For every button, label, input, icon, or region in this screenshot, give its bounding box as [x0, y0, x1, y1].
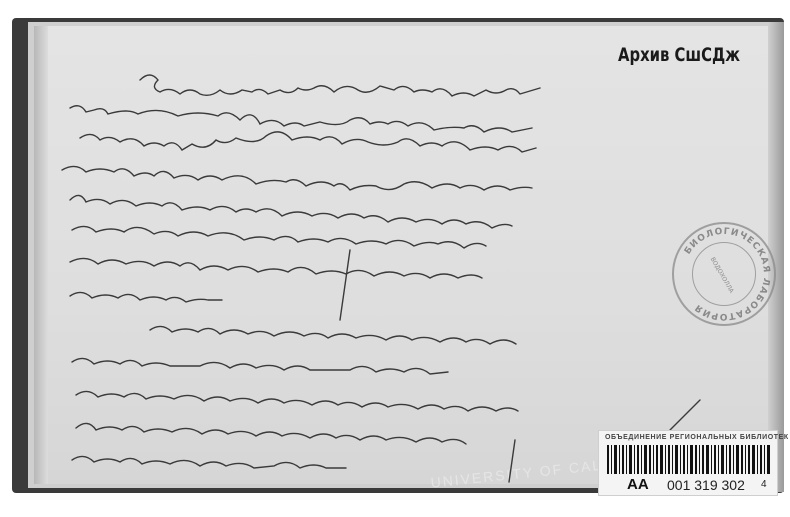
laboratory-stamp: БИОЛОГИЧЕСКАЯ ЛАБОРАТОРИЯ ВОДОХОЛЛА — [672, 222, 776, 326]
svg-text:ВОДОХОЛЛА: ВОДОХОЛЛА — [709, 256, 736, 295]
barcode-number: 001 319 302 — [667, 477, 745, 493]
archive-label: Архив СшСДж — [618, 44, 740, 66]
stamp-text: БИОЛОГИЧЕСКАЯ ЛАБОРАТОРИЯ ВОДОХОЛЛА — [674, 224, 774, 324]
svg-text:БИОЛОГИЧЕСКАЯ ЛАБОРАТОРИЯ: БИОЛОГИЧЕСКАЯ ЛАБОРАТОРИЯ — [683, 227, 771, 321]
barcode-prefix: AA — [627, 476, 649, 493]
barcode-check-digit: 4 — [761, 479, 767, 490]
barcode-icon — [607, 445, 771, 474]
barcode-library-title: ОБЪЕДИНЕНИЕ РЕГИОНАЛЬНЫХ БИБЛИОТЕК — [605, 434, 789, 441]
barcode-sticker: ОБЪЕДИНЕНИЕ РЕГИОНАЛЬНЫХ БИБЛИОТЕК AA 00… — [598, 430, 778, 496]
